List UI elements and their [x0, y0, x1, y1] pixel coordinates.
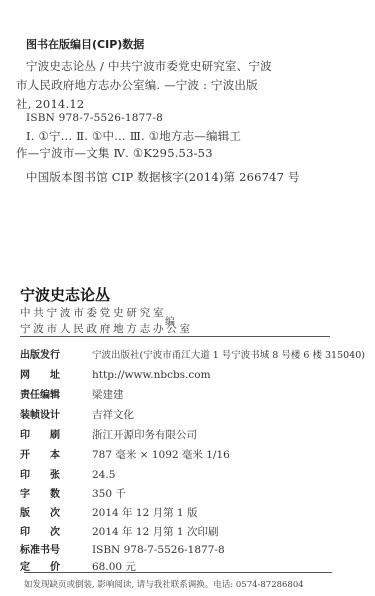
info-row-printer: 印 刷 浙江开源印务有限公司 — [20, 426, 197, 442]
info-value: 24.5 — [92, 469, 115, 481]
info-value: 宁波出版社(宁波市甬江大道 1 号宁波书城 8 号楼 6 楼 315040) — [92, 347, 365, 361]
info-row-publisher: 出版发行 宁波出版社(宁波市甬江大道 1 号宁波书城 8 号楼 6 楼 3150… — [20, 346, 365, 361]
info-label: 网 址 — [20, 366, 72, 381]
info-row-wordcount: 字 数 350 千 — [20, 485, 126, 501]
info-value: 梁建建 — [92, 387, 124, 402]
info-value: 787 毫米 × 1092 毫米 1/16 — [92, 447, 230, 462]
cip-line: 宁波史志论丛 / 中共宁波市委党史研究室、宁波 — [26, 58, 272, 74]
divider-bottom — [24, 572, 332, 573]
cip-heading: 图书在版编目(CIP)数据 — [26, 36, 144, 52]
info-label: 印 次 — [20, 523, 72, 538]
divider-top — [20, 336, 330, 337]
isbn-line: ISBN 978-7-5526-1877-8 — [26, 112, 163, 124]
cip-line: 社, 2014.12 — [16, 96, 84, 112]
info-row-format: 开 本 787 毫米 × 1092 毫米 1/16 — [20, 446, 230, 462]
info-row-isbn: 标准书号 ISBN 978-7-5526-1877-8 — [20, 541, 225, 556]
info-label: 标准书号 — [20, 541, 72, 556]
cip-line: 市人民政府地方志办公室编. —宁波 : 宁波出版 — [16, 77, 258, 93]
info-row-sheets: 印 张 24.5 — [20, 466, 115, 481]
info-label: 开 本 — [20, 446, 72, 461]
info-value: 2014 年 12 月第 1 版 — [92, 505, 197, 520]
info-label: 定 价 — [20, 558, 72, 573]
website-link[interactable]: http://www.nbcbs.com — [92, 369, 211, 381]
cip-line: Ⅰ. ①宁… Ⅱ. ①中… Ⅲ. ①地方志—编辑工 — [26, 128, 241, 144]
info-value: 吉祥文化 — [92, 407, 134, 422]
info-label: 责任编辑 — [20, 386, 72, 401]
editor-role: 编 — [165, 313, 175, 328]
cip-number-line: 中国版本图书馆 CIP 数据核字(2014)第 266747 号 — [26, 169, 300, 185]
info-label: 装帧设计 — [20, 406, 72, 421]
info-row-website: 网 址 http://www.nbcbs.com — [20, 366, 211, 381]
info-label: 字 数 — [20, 485, 72, 500]
info-label: 出版发行 — [20, 346, 72, 361]
info-value: 浙江开源印务有限公司 — [92, 427, 197, 442]
book-title: 宁波史志论丛 — [20, 284, 110, 305]
footer-note: 如发现缺页或倒装, 影响阅读, 请与我社联系调换。电话: 0574-872868… — [24, 578, 304, 590]
info-value: ISBN 978-7-5526-1877-8 — [92, 544, 225, 556]
cip-line: 作—宁波市—文集 Ⅳ. ①K295.53-53 — [16, 145, 213, 161]
info-row-edition: 版 次 2014 年 12 月第 1 版 — [20, 504, 197, 520]
info-label: 印 张 — [20, 466, 72, 481]
info-value: 350 千 — [92, 486, 126, 501]
info-label: 印 刷 — [20, 426, 72, 441]
info-row-printing: 印 次 2014 年 12 月第 1 次印刷 — [20, 523, 218, 539]
info-row-design: 装帧设计 吉祥文化 — [20, 406, 134, 422]
info-row-editor: 责任编辑 梁建建 — [20, 386, 124, 402]
info-label: 版 次 — [20, 504, 72, 519]
info-value: 2014 年 12 月第 1 次印刷 — [92, 524, 218, 539]
